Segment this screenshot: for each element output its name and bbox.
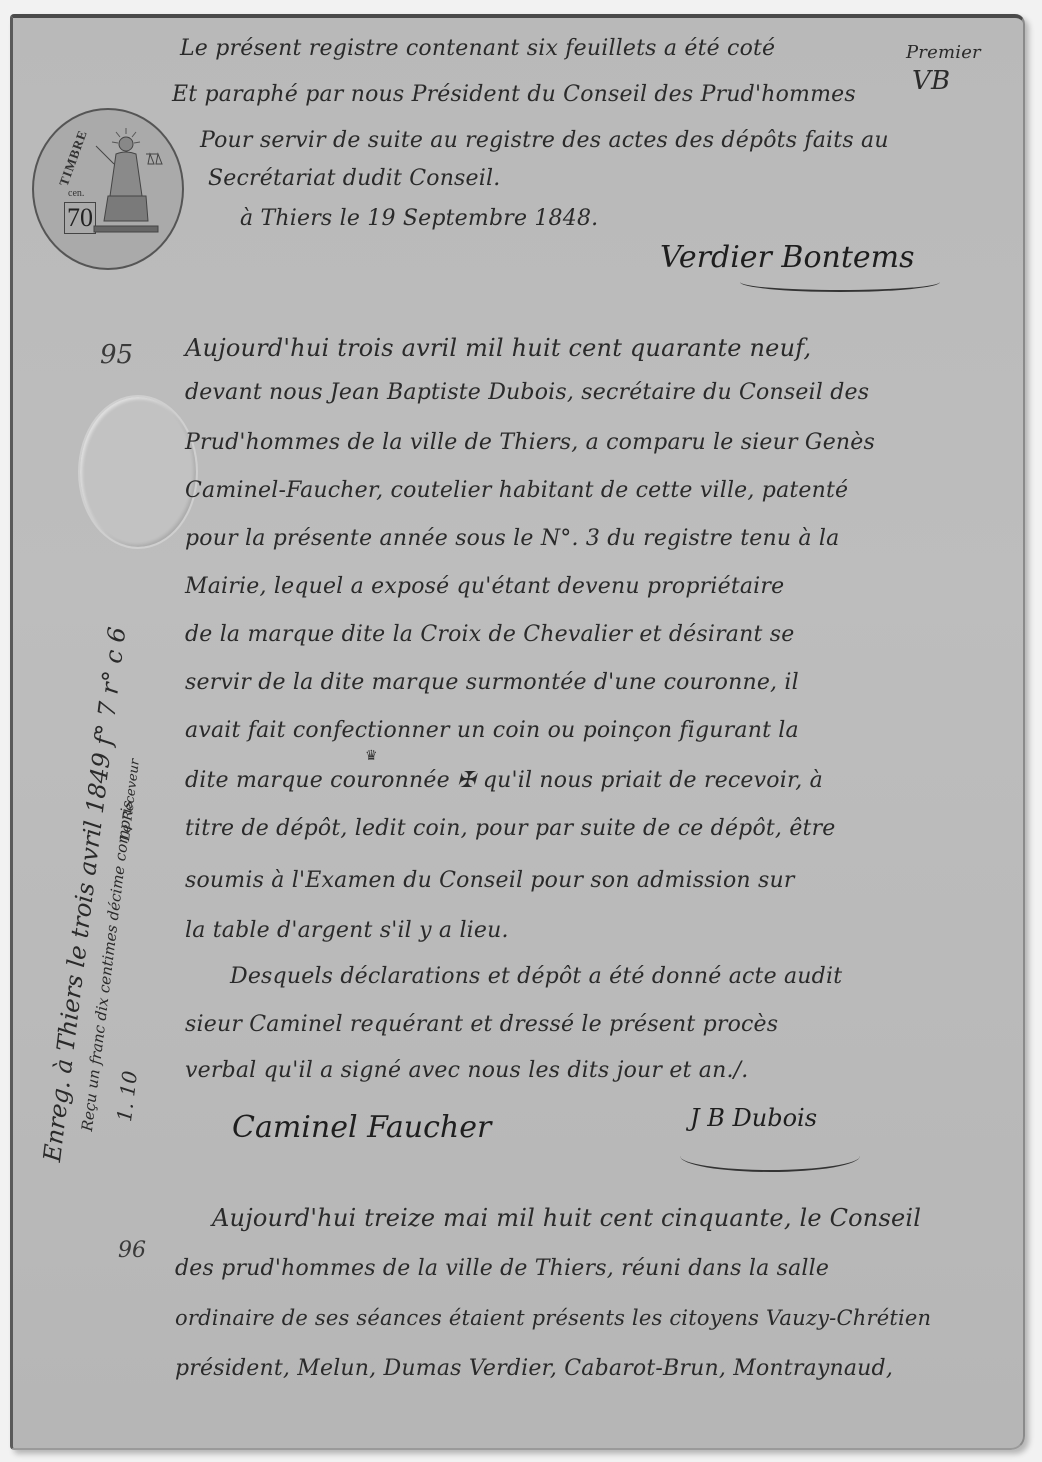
entry1-line-3: Prud'hommes de la ville de Thiers, a com… <box>185 430 875 455</box>
seated-justice-figure-icon <box>86 126 166 236</box>
header-line-4: Secrétariat dudit Conseil. <box>208 166 500 191</box>
entry1-line-4: Caminel-Faucher, coutelier habitant de c… <box>185 478 848 503</box>
entry1-line-10: dite marque couronnée ✠ qu'il nous priai… <box>185 768 823 793</box>
entry2-line-1: Aujourd'hui treize mai mil huit cent cin… <box>212 1204 921 1232</box>
header-line-1: Le présent registre contenant six feuill… <box>180 36 775 61</box>
entry1-closing-3: verbal qu'il a signé avec nous les dits … <box>185 1058 748 1083</box>
entry2-line-2: des prud'hommes de la ville de Thiers, r… <box>175 1256 829 1281</box>
embossed-seal <box>78 395 198 549</box>
entry1-line-9: avait fait confectionner un coin ou poin… <box>185 718 799 743</box>
president-signature: Verdier Bontems <box>660 240 915 275</box>
header-date: à Thiers le 19 Septembre 1848. <box>240 206 598 231</box>
entry1-line-13: la table d'argent s'il y a lieu. <box>185 918 509 943</box>
entry2-line-4: président, Melun, Dumas Verdier, Cabarot… <box>175 1356 893 1381</box>
corner-initials: VB <box>912 66 950 96</box>
entry1-line-2: devant nous Jean Baptiste Dubois, secrét… <box>185 380 869 405</box>
secretary-signature: J B Dubois <box>690 1104 817 1132</box>
header-line-2: Et paraphé par nous Président du Conseil… <box>172 82 856 107</box>
tax-stamp: TIMBRE cen. 70 <box>32 108 184 270</box>
stamp-unit: cen. <box>68 188 84 199</box>
entry1-closing-2: sieur Caminel requérant et dressé le pré… <box>185 1012 778 1037</box>
entry1-line-12: soumis à l'Examen du Conseil pour son ad… <box>185 868 795 893</box>
entry1-line-1: Aujourd'hui trois avril mil huit cent qu… <box>185 334 811 362</box>
header-line-3: Pour servir de suite au registre des act… <box>200 128 889 153</box>
entry1-line-8: servir de la dite marque surmontée d'une… <box>185 670 799 695</box>
entry2-line-3: ordinaire de ses séances étaient présent… <box>175 1306 931 1330</box>
entry1-line-11: titre de dépôt, ledit coin, pour par sui… <box>185 816 836 841</box>
entry1-line-6: Mairie, lequel a exposé qu'étant devenu … <box>185 574 784 599</box>
signature-flourish <box>740 272 940 292</box>
entry1-line-7: de la marque dite la Croix de Chevalier … <box>185 622 794 647</box>
declarant-signature: Caminel Faucher <box>232 1110 491 1145</box>
margin-entry-number-96: 96 <box>118 1238 146 1263</box>
entry1-closing-1: Desquels déclarations et dépôt a été don… <box>230 964 842 989</box>
margin-entry-number-95: 95 <box>100 340 133 370</box>
corner-premier: Premier <box>906 42 981 63</box>
entry1-line-5: pour la présente année sous le N°. 3 du … <box>185 526 839 551</box>
crown-icon: ♛ <box>365 748 378 764</box>
secretary-flourish <box>680 1140 860 1172</box>
